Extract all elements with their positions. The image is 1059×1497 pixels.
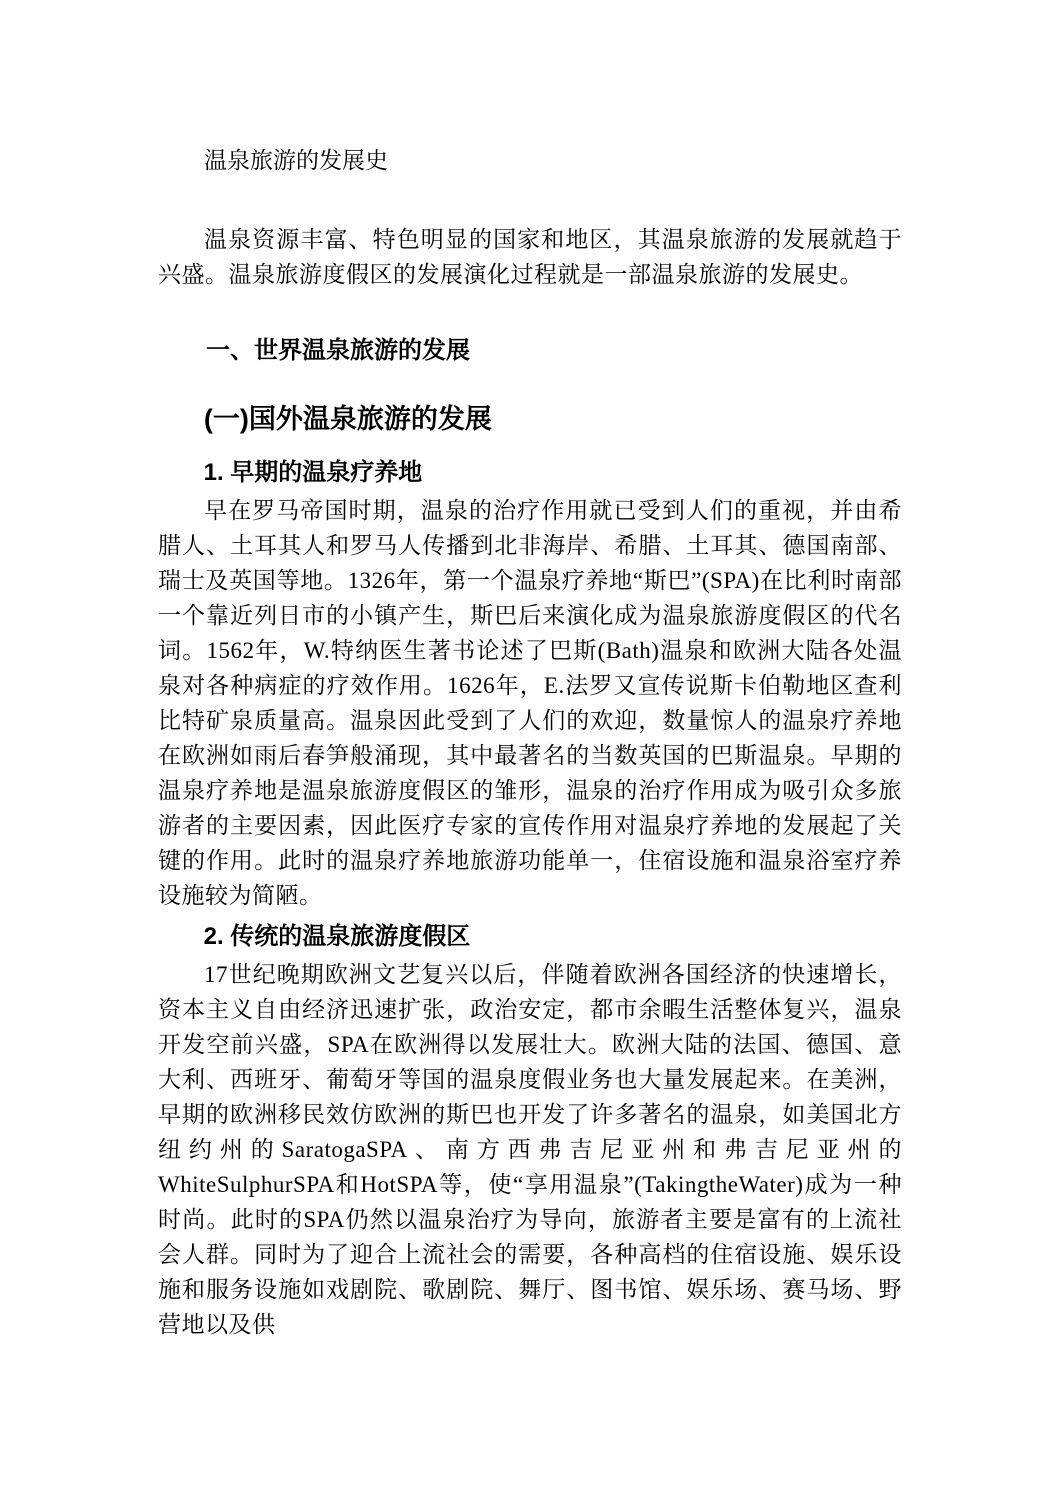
section-heading: (一)国外温泉旅游的发展	[158, 399, 902, 439]
subsection-early-spa: 1. 早期的温泉疗养地 早在罗马帝国时期，温泉的治疗作用就已受到人们的重视，并由…	[158, 455, 902, 913]
subsection-heading: 1. 早期的温泉疗养地	[158, 455, 902, 490]
subsection-traditional-resort: 2. 传统的温泉旅游度假区 17世纪晚期欧洲文艺复兴以后，伴随着欧洲各国经济的快…	[158, 919, 902, 1342]
document-page: 温泉旅游的发展史 温泉资源丰富、特色明显的国家和地区，其温泉旅游的发展就趋于兴盛…	[0, 0, 1059, 1497]
subsection-body: 17世纪晚期欧洲文艺复兴以后，伴随着欧洲各国经济的快速增长，资本主义自由经济迅速…	[158, 957, 902, 1342]
document-title: 温泉旅游的发展史	[158, 143, 902, 178]
subsection-body: 早在罗马帝国时期，温泉的治疗作用就已受到人们的重视，并由希腊人、土耳其人和罗马人…	[158, 493, 902, 913]
intro-paragraph: 温泉资源丰富、特色明显的国家和地区，其温泉旅游的发展就趋于兴盛。温泉旅游度假区的…	[158, 222, 902, 292]
chapter-heading: 一、世界温泉旅游的发展	[158, 334, 902, 369]
subsection-heading: 2. 传统的温泉旅游度假区	[158, 919, 902, 954]
